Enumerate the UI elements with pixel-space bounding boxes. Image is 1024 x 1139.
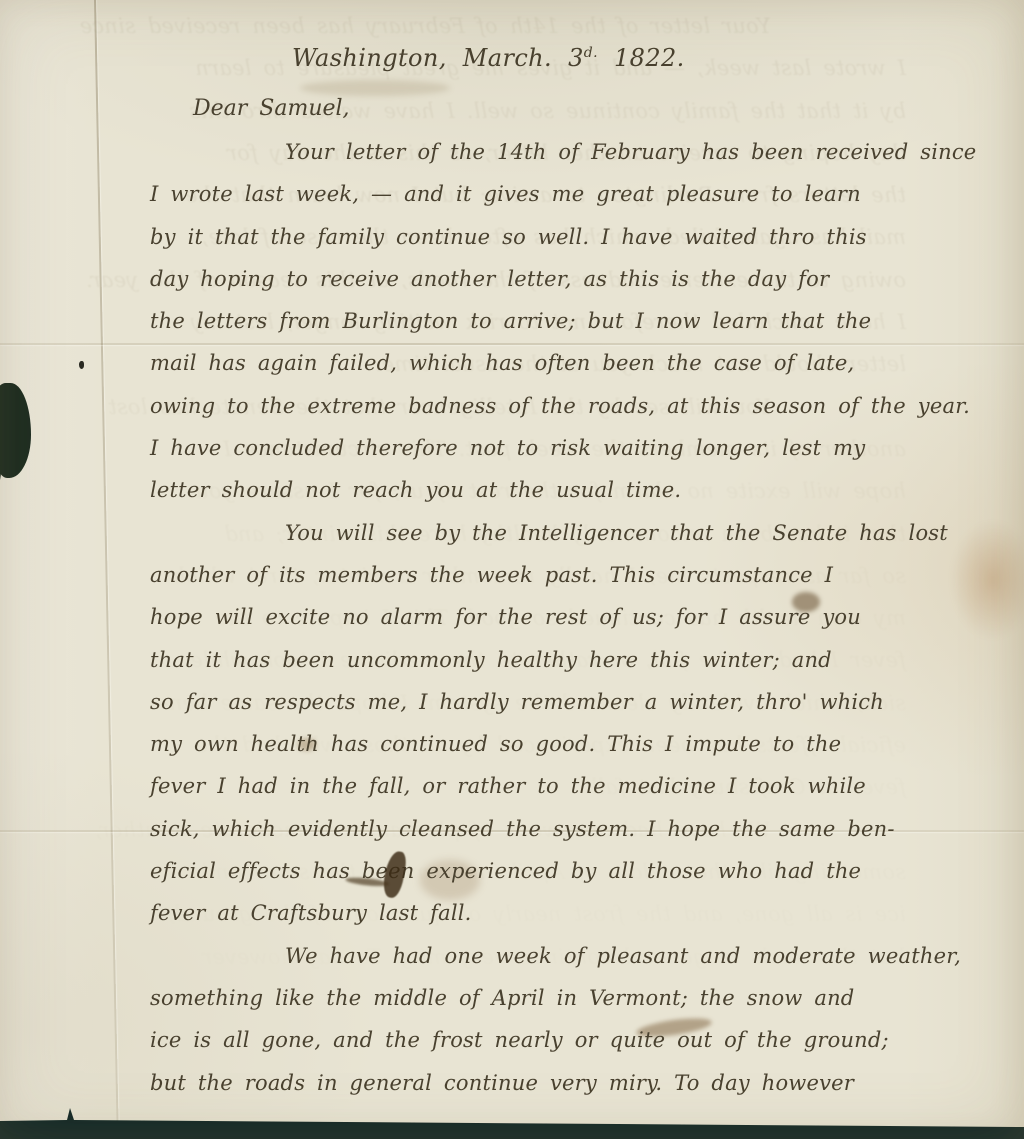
letter-line: my own health has continued so good. Thi… [150,732,1024,774]
letter-scan-page: Your letter of the 14th of February has … [0,0,1024,1139]
dateline-day-superscript: d. [584,45,598,61]
salutation: Dear Samuel, [193,96,350,121]
letter-line: something like the middle of April in Ve… [150,986,1024,1028]
letter-line: another of its members the week past. Th… [150,563,1024,605]
letter-line: We have had one week of pleasant and mod… [150,944,1024,986]
letter-line: fever at Craftsbury last fall. [150,901,1024,943]
letter-line: You will see by the Intelligencer that t… [150,521,1024,563]
letter-line: day hoping to receive another letter, as… [150,267,1024,309]
letter-line: by it that the family continue so well. … [150,225,1024,267]
torn-hole [0,383,31,478]
letter-line: I have concluded therefore not to risk w… [150,436,1024,478]
fold-crease-vertical [94,0,119,1132]
letter-line: that it has been uncommonly healthy here… [150,648,1024,690]
dateline-place-month: Washington, March. 3 [292,44,584,72]
letter-body: Your letter of the 14th of February has … [150,140,1024,1113]
letter-line: fever I had in the fall, or rather to th… [150,774,1024,816]
paper-speck [79,361,84,369]
letter-line: the letters from Burlington to arrive; b… [150,309,1024,351]
letter-line: hope will excite no alarm for the rest o… [150,605,1024,647]
letter-line: letter should not reach you at the usual… [150,478,1024,520]
letter-line: so far as respects me, I hardly remember… [150,690,1024,732]
dateline-year: 1822. [598,44,685,72]
letter-line: owing to the extreme badness of the road… [150,394,1024,436]
letter-line: but the roads in general continue very m… [150,1071,1024,1113]
letter-line: mail has again failed, which has often b… [150,351,1024,393]
letter-line: eficial effects has been experienced by … [150,859,1024,901]
letter-line: ice is all gone, and the frost nearly or… [150,1028,1024,1070]
dateline: Washington, March. 3d. 1822. [292,44,685,72]
letter-line: I wrote last week, — and it gives me gre… [150,182,1024,224]
letter-line: Your letter of the 14th of February has … [150,140,1024,182]
letter-line: by it that the family continue so well. … [0,99,906,141]
letter-line: sick, which evidently cleansed the syste… [150,817,1024,859]
stain-under-dateline [300,80,450,96]
